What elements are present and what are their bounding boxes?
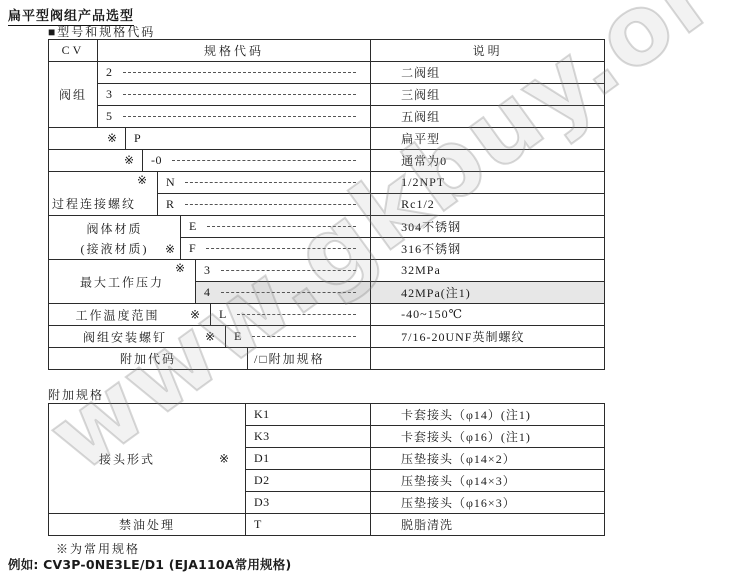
code-value: 4 — [204, 285, 211, 300]
code-cell: 3 — [98, 84, 371, 106]
code-cell: P — [126, 128, 371, 150]
code-value: 5 — [106, 109, 113, 124]
desc-cell: 卡套接头（φ16）(注1) — [371, 426, 605, 448]
code-cell: K3 — [246, 426, 371, 448]
dotted-leader — [206, 248, 356, 249]
code-cell: D2 — [246, 470, 371, 492]
code-cell: 2 — [98, 62, 371, 84]
table-row: 禁油处理 T 脱脂清洗 — [49, 514, 605, 536]
dotted-leader — [123, 116, 357, 117]
code-cell: 5 — [98, 106, 371, 128]
common-spec-star: ※ — [49, 131, 125, 146]
code-cell: F — [181, 238, 371, 260]
desc-cell: 二阀组 — [371, 62, 605, 84]
model-code-table: CV 规格代码 说明 阀组 2 二阀组 3 三阀组 5 五阀组 ※ P 扁平型 … — [48, 39, 605, 370]
table-row: 最大工作压力 ※ 3 32MPa — [49, 260, 605, 282]
desc-cell: Rc1/2 — [371, 194, 605, 216]
row-label: 工作温度范围 — [49, 306, 186, 323]
code-value: R — [166, 197, 175, 212]
mounting-screw-label-cell: 阀组安装螺钉 ※ — [49, 326, 226, 348]
desc-cell: 压垫接头（φ16×3） — [371, 492, 605, 514]
dotted-leader — [123, 94, 357, 95]
code-value: T — [254, 517, 262, 532]
code-value: D3 — [254, 495, 270, 510]
row-label-line1: 阀体材质 — [86, 222, 142, 236]
additional-spec-table: 接头形式 ※ K1 卡套接头（φ14）(注1) K3 卡套接头（φ16）(注1)… — [48, 403, 605, 536]
desc-cell: 通常为0 — [371, 150, 605, 172]
desc-cell: 316不锈钢 — [371, 238, 605, 260]
code-cell: -0 — [143, 150, 371, 172]
common-spec-star: ※ — [175, 261, 185, 276]
additional-spec-section-header: 附加规格 — [48, 386, 104, 403]
desc-cell: 32MPa — [371, 260, 605, 282]
valve-group-label-cell: 阀组 — [49, 62, 98, 128]
dotted-leader — [185, 204, 357, 205]
code-value: E — [189, 219, 197, 234]
common-spec-star: ※ — [190, 307, 200, 322]
desc-cell: 压垫接头（φ14×3） — [371, 470, 605, 492]
dotted-leader — [172, 160, 356, 161]
code-cell: N — [158, 172, 371, 194]
table-row: 附加代码 /□附加规格 — [49, 348, 605, 370]
code-value: 2 — [106, 65, 113, 80]
max-pressure-label-cell: 最大工作压力 ※ — [49, 260, 196, 304]
code-value: -0 — [151, 153, 162, 168]
code-cell: T — [246, 514, 371, 536]
joint-type-label-cell: 接头形式 ※ — [49, 404, 246, 514]
row-label-line2: (接液材质) — [81, 242, 149, 256]
code-value: E — [234, 329, 242, 344]
desc-cell: 304不锈钢 — [371, 216, 605, 238]
code-value: P — [134, 131, 141, 146]
common-spec-star: ※ — [137, 173, 147, 188]
code-cell: 4 — [196, 282, 371, 304]
body-material-label-cell: 阀体材质 (接液材质) ※ — [49, 216, 181, 260]
desc-header-cell: 说明 — [371, 40, 605, 62]
table-row: ※ 过程连接螺纹 N 1/2NPT — [49, 172, 605, 194]
table-header-row: CV 规格代码 说明 — [49, 40, 605, 62]
code-value: K1 — [254, 407, 270, 422]
star-cell: ※ — [49, 128, 126, 150]
code-value: F — [189, 241, 196, 256]
code-cell: R — [158, 194, 371, 216]
code-cell: L — [211, 304, 371, 326]
desc-cell: 42MPa(注1) — [371, 282, 605, 304]
table-row: 工作温度范围 ※ L -40~150℃ — [49, 304, 605, 326]
row-label: 最大工作压力 — [49, 273, 195, 290]
table-row: 5 五阀组 — [49, 106, 605, 128]
desc-cell: 五阀组 — [371, 106, 605, 128]
star-cell: ※ — [49, 150, 143, 172]
cv-header-cell: CV — [49, 40, 98, 62]
code-cell: E — [181, 216, 371, 238]
dotted-leader — [237, 314, 356, 315]
common-spec-star: ※ — [219, 451, 229, 466]
desc-cell: 扁平型 — [371, 128, 605, 150]
row-label: 阀组安装螺钉 — [49, 328, 201, 345]
model-code-section-header: ■型号和规格代码 — [48, 23, 155, 40]
code-value: 3 — [204, 263, 211, 278]
code-value: D1 — [254, 451, 270, 466]
code-cell: D1 — [246, 448, 371, 470]
common-spec-star: ※ — [49, 153, 142, 168]
desc-cell: 1/2NPT — [371, 172, 605, 194]
table-row: 阀组 2 二阀组 — [49, 62, 605, 84]
dotted-leader — [221, 270, 357, 271]
temp-range-label-cell: 工作温度范围 ※ — [49, 304, 211, 326]
spec-code-header-cell: 规格代码 — [98, 40, 371, 62]
table-row: 3 三阀组 — [49, 84, 605, 106]
code-cell: D3 — [246, 492, 371, 514]
code-cell: 3 — [196, 260, 371, 282]
process-thread-label-cell: ※ 过程连接螺纹 — [49, 172, 158, 216]
table-row: ※ P 扁平型 — [49, 128, 605, 150]
desc-cell: 脱脂清洗 — [371, 514, 605, 536]
desc-cell — [371, 348, 605, 370]
desc-cell: -40~150℃ — [371, 304, 605, 326]
additional-code-label-cell: 附加代码 — [49, 348, 248, 370]
example-model-code: 例如: CV3P-0NE3LE/D1 (EJA110A常用规格) — [8, 555, 291, 573]
desc-cell: 7/16-20UNF英制螺纹 — [371, 326, 605, 348]
code-value: D2 — [254, 473, 270, 488]
common-spec-star: ※ — [165, 242, 175, 257]
row-label: 过程连接螺纹 — [49, 195, 139, 212]
code-value: 3 — [106, 87, 113, 102]
table-row: 阀体材质 (接液材质) ※ E 304不锈钢 — [49, 216, 605, 238]
dotted-leader — [252, 336, 356, 337]
dotted-leader — [123, 72, 357, 73]
desc-cell: 卡套接头（φ14）(注1) — [371, 404, 605, 426]
dotted-leader — [207, 226, 356, 227]
desc-cell: 三阀组 — [371, 84, 605, 106]
row-label: 接头形式 — [49, 450, 205, 467]
code-cell: E — [226, 326, 371, 348]
desc-cell: 压垫接头（φ14×2） — [371, 448, 605, 470]
code-value: K3 — [254, 429, 270, 444]
code-value: N — [166, 175, 175, 190]
common-spec-star: ※ — [205, 329, 215, 344]
code-value: L — [219, 307, 227, 322]
dotted-leader — [221, 292, 357, 293]
document-page: 扁平型阀组产品选型 ■型号和规格代码 CV 规格代码 说明 阀组 2 二阀组 3… — [0, 0, 730, 575]
oil-free-label-cell: 禁油处理 — [49, 514, 246, 536]
table-row: 阀组安装螺钉 ※ E 7/16-20UNF英制螺纹 — [49, 326, 605, 348]
dotted-leader — [185, 182, 356, 183]
table-row: 接头形式 ※ K1 卡套接头（φ14）(注1) — [49, 404, 605, 426]
table-row: ※ -0 通常为0 — [49, 150, 605, 172]
additional-code-cell: /□附加规格 — [248, 348, 371, 370]
code-cell: K1 — [246, 404, 371, 426]
